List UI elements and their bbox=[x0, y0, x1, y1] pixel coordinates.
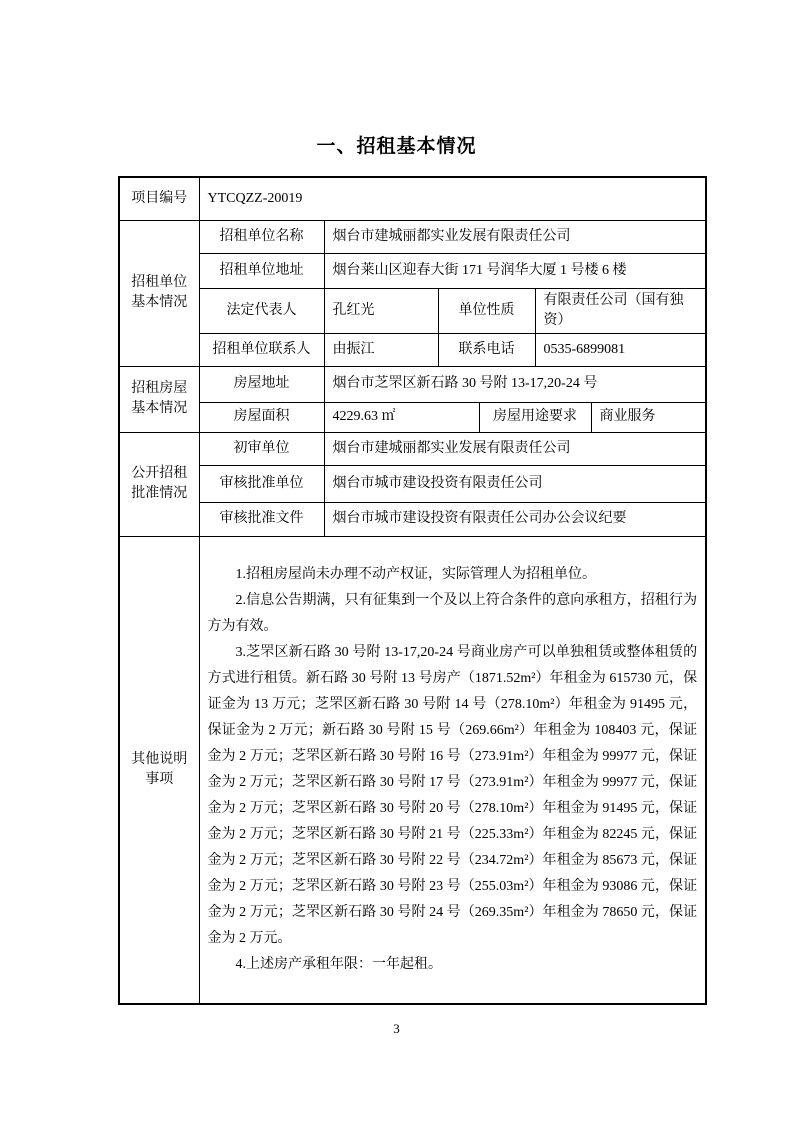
page-number: 3 bbox=[0, 1021, 793, 1037]
unit-contact-label: 招租单位联系人 bbox=[199, 333, 324, 366]
table-row: 审核批准单位 烟台市城市建设投资有限责任公司 bbox=[119, 465, 706, 502]
house-area-label: 房屋面积 bbox=[199, 402, 324, 432]
table-row: 招租单位联系人 由振江 联系电话 0535-6899081 bbox=[119, 333, 706, 366]
approve-doc-value: 烟台市城市建设投资有限责任公司办公会议纪要 bbox=[324, 502, 706, 536]
legal-rep-label: 法定代表人 bbox=[199, 288, 324, 333]
house-area-value: 4229.63 ㎡ bbox=[324, 402, 479, 432]
other-notes-cell: 1.招租房屋尚未办理不动产权证，实际管理人为招租单位。 2.信息公告期满，只有征… bbox=[199, 536, 706, 1004]
house-address-value: 烟台市芝罘区新石路 30 号附 13-17,20-24 号 bbox=[324, 366, 706, 402]
initial-review-value: 烟台市建城丽都实业发展有限责任公司 bbox=[324, 432, 706, 465]
document-page: 一、招租基本情况 项目编号 YTCQZZ-20019 招租单位 基本情况 招租单… bbox=[0, 0, 793, 1122]
unit-name-label: 招租单位名称 bbox=[199, 220, 324, 253]
unit-address-value: 烟台莱山区迎春大街 171 号润华大厦 1 号楼 6 楼 bbox=[324, 253, 706, 288]
house-section-category: 招租房屋 基本情况 bbox=[119, 366, 199, 432]
table-row: 项目编号 YTCQZZ-20019 bbox=[119, 177, 706, 220]
table-row: 其他说明 事项 1.招租房屋尚未办理不动产权证，实际管理人为招租单位。 2.信息… bbox=[119, 536, 706, 1004]
approve-doc-label: 审核批准文件 bbox=[199, 502, 324, 536]
unit-section-category: 招租单位 基本情况 bbox=[119, 220, 199, 366]
table-row: 审核批准文件 烟台市城市建设投资有限责任公司办公会议纪要 bbox=[119, 502, 706, 536]
note-paragraph-2: 2.信息公告期满，只有征集到一个及以上符合条件的意向承租方，招租行为方为有效。 bbox=[208, 588, 698, 640]
table-row: 法定代表人 孔红光 单位性质 有限责任公司（国有独资） bbox=[119, 288, 706, 333]
other-section-category: 其他说明 事项 bbox=[119, 536, 199, 1004]
page-title: 一、招租基本情况 bbox=[0, 0, 793, 176]
unit-address-label: 招租单位地址 bbox=[199, 253, 324, 288]
approve-unit-value: 烟台市城市建设投资有限责任公司 bbox=[324, 465, 706, 502]
table-row: 招租单位 基本情况 招租单位名称 烟台市建城丽都实业发展有限责任公司 bbox=[119, 220, 706, 253]
unit-nature-label: 单位性质 bbox=[438, 288, 535, 333]
rental-info-table: 项目编号 YTCQZZ-20019 招租单位 基本情况 招租单位名称 烟台市建城… bbox=[118, 176, 707, 1005]
house-use-value: 商业服务 bbox=[591, 402, 706, 432]
project-number-value: YTCQZZ-20019 bbox=[199, 177, 706, 220]
approval-section-category: 公开招租 批准情况 bbox=[119, 432, 199, 536]
phone-label: 联系电话 bbox=[438, 333, 535, 366]
house-address-label: 房屋地址 bbox=[199, 366, 324, 402]
table-row: 公开招租 批准情况 初审单位 烟台市建城丽都实业发展有限责任公司 bbox=[119, 432, 706, 465]
approve-unit-label: 审核批准单位 bbox=[199, 465, 324, 502]
legal-rep-value: 孔红光 bbox=[324, 288, 438, 333]
table-row: 招租单位地址 烟台莱山区迎春大街 171 号润华大厦 1 号楼 6 楼 bbox=[119, 253, 706, 288]
unit-nature-value: 有限责任公司（国有独资） bbox=[535, 288, 706, 333]
table-row: 招租房屋 基本情况 房屋地址 烟台市芝罘区新石路 30 号附 13-17,20-… bbox=[119, 366, 706, 402]
phone-value: 0535-6899081 bbox=[535, 333, 706, 366]
project-number-label: 项目编号 bbox=[119, 177, 199, 220]
initial-review-label: 初审单位 bbox=[199, 432, 324, 465]
table-row: 房屋面积 4229.63 ㎡ 房屋用途要求 商业服务 bbox=[119, 402, 706, 432]
house-use-label: 房屋用途要求 bbox=[479, 402, 591, 432]
unit-contact-value: 由振江 bbox=[324, 333, 438, 366]
note-paragraph-1: 1.招租房屋尚未办理不动产权证，实际管理人为招租单位。 bbox=[208, 562, 698, 588]
note-paragraph-3: 3.芝罘区新石路 30 号附 13-17,20-24 号商业房产可以单独租赁或整… bbox=[208, 640, 698, 952]
note-paragraph-4: 4.上述房产承租年限：一年起租。 bbox=[208, 952, 698, 978]
unit-name-value: 烟台市建城丽都实业发展有限责任公司 bbox=[324, 220, 706, 253]
